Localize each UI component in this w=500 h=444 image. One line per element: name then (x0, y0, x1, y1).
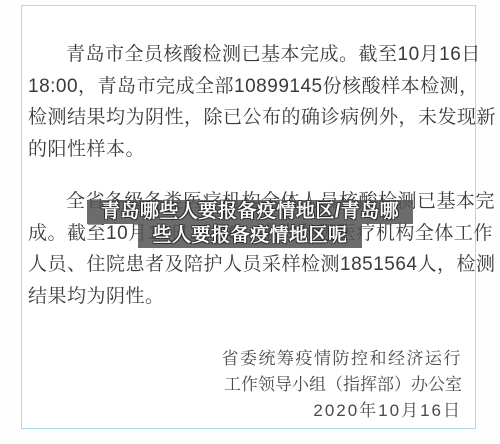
paragraph-line: 的阳性样本。 (28, 134, 466, 166)
notice-panel: 青岛市全员核酸检测已基本完成。截至10月16日 18:00，青岛市完成全部108… (21, 5, 476, 429)
paragraph-line: 检测结果均为阴性，除已公布的确诊病例外，未发现新 (28, 102, 466, 134)
paragraph-line: 18:00，青岛市完成全部10899145份核酸样本检测， (28, 71, 466, 103)
notice-image: 青岛市全员核酸检测已基本完成。截至10月16日 18:00，青岛市完成全部108… (0, 0, 500, 444)
paragraph-line: 全省各级各类医疗机构全体人员核酸检测已基本完 (28, 186, 466, 218)
signature-org-line2: 工作领导小组（指挥部）办公室 (28, 372, 462, 398)
paragraph-line: 结果均为阴性。 (28, 281, 466, 313)
paragraph-line: 人员、住院患者及陪护人员采样检测1851564人，检测 (28, 249, 466, 281)
paragraph-line: 青岛市全员核酸检测已基本完成。截至10月16日 (28, 39, 466, 71)
paragraph-qingdao-testing: 青岛市全员核酸检测已基本完成。截至10月16日 18:00，青岛市完成全部108… (28, 39, 466, 165)
signature-block: 省委统筹疫情防控和经济运行 工作领导小组（指挥部）办公室 2020年10月16日 (28, 346, 462, 424)
paragraph-line: 成。截至10月16日18:00，全省各级医疗机构全体工作 (28, 218, 466, 250)
signature-org-line1: 省委统筹疫情防控和经济运行 (28, 346, 462, 372)
paragraph-province-testing: 全省各级各类医疗机构全体人员核酸检测已基本完 成。截至10月16日18:00，全… (28, 186, 466, 312)
signature-date: 2020年10月16日 (28, 398, 462, 424)
